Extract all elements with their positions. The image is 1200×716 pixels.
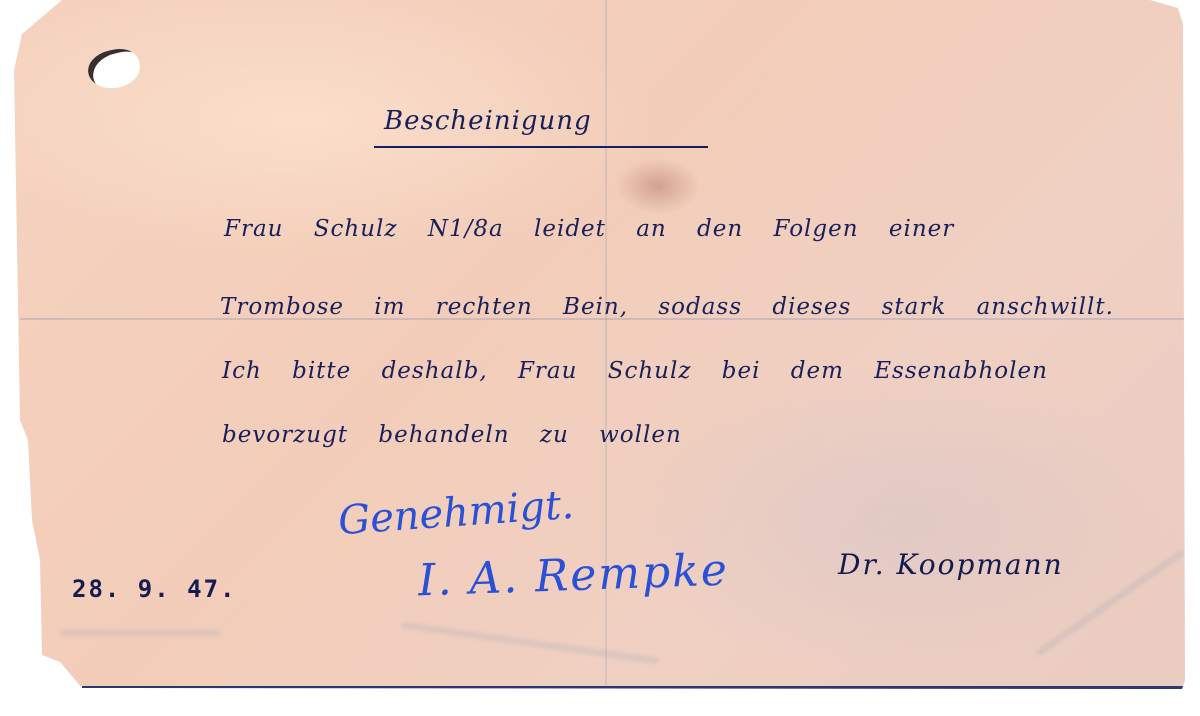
document-title: Bescheinigung	[384, 106, 592, 136]
body-line-2: Trombose im rechten Bein, sodass dieses …	[220, 294, 1114, 320]
paper-bottom-edge	[82, 686, 1184, 689]
document-paper: Bescheinigung Frau Schulz N1/8a leidet a…	[0, 0, 1200, 716]
paper-crease	[60, 630, 220, 636]
body-line-3: Ich bitte deshalb, Frau Schulz bei dem E…	[222, 358, 1048, 384]
approval-note: Genehmigt.	[337, 482, 576, 544]
title-underline	[374, 146, 708, 148]
approval-signature: I. A. Rempke	[417, 545, 729, 607]
body-line-4: bevorzugt behandeln zu wollen	[222, 422, 682, 448]
document-date: 28. 9. 47.	[72, 575, 237, 603]
doctor-signature: Dr. Koopmann	[838, 548, 1064, 581]
paper-crease	[401, 622, 659, 664]
body-line-1: Frau Schulz N1/8a leidet an den Folgen e…	[224, 216, 954, 242]
